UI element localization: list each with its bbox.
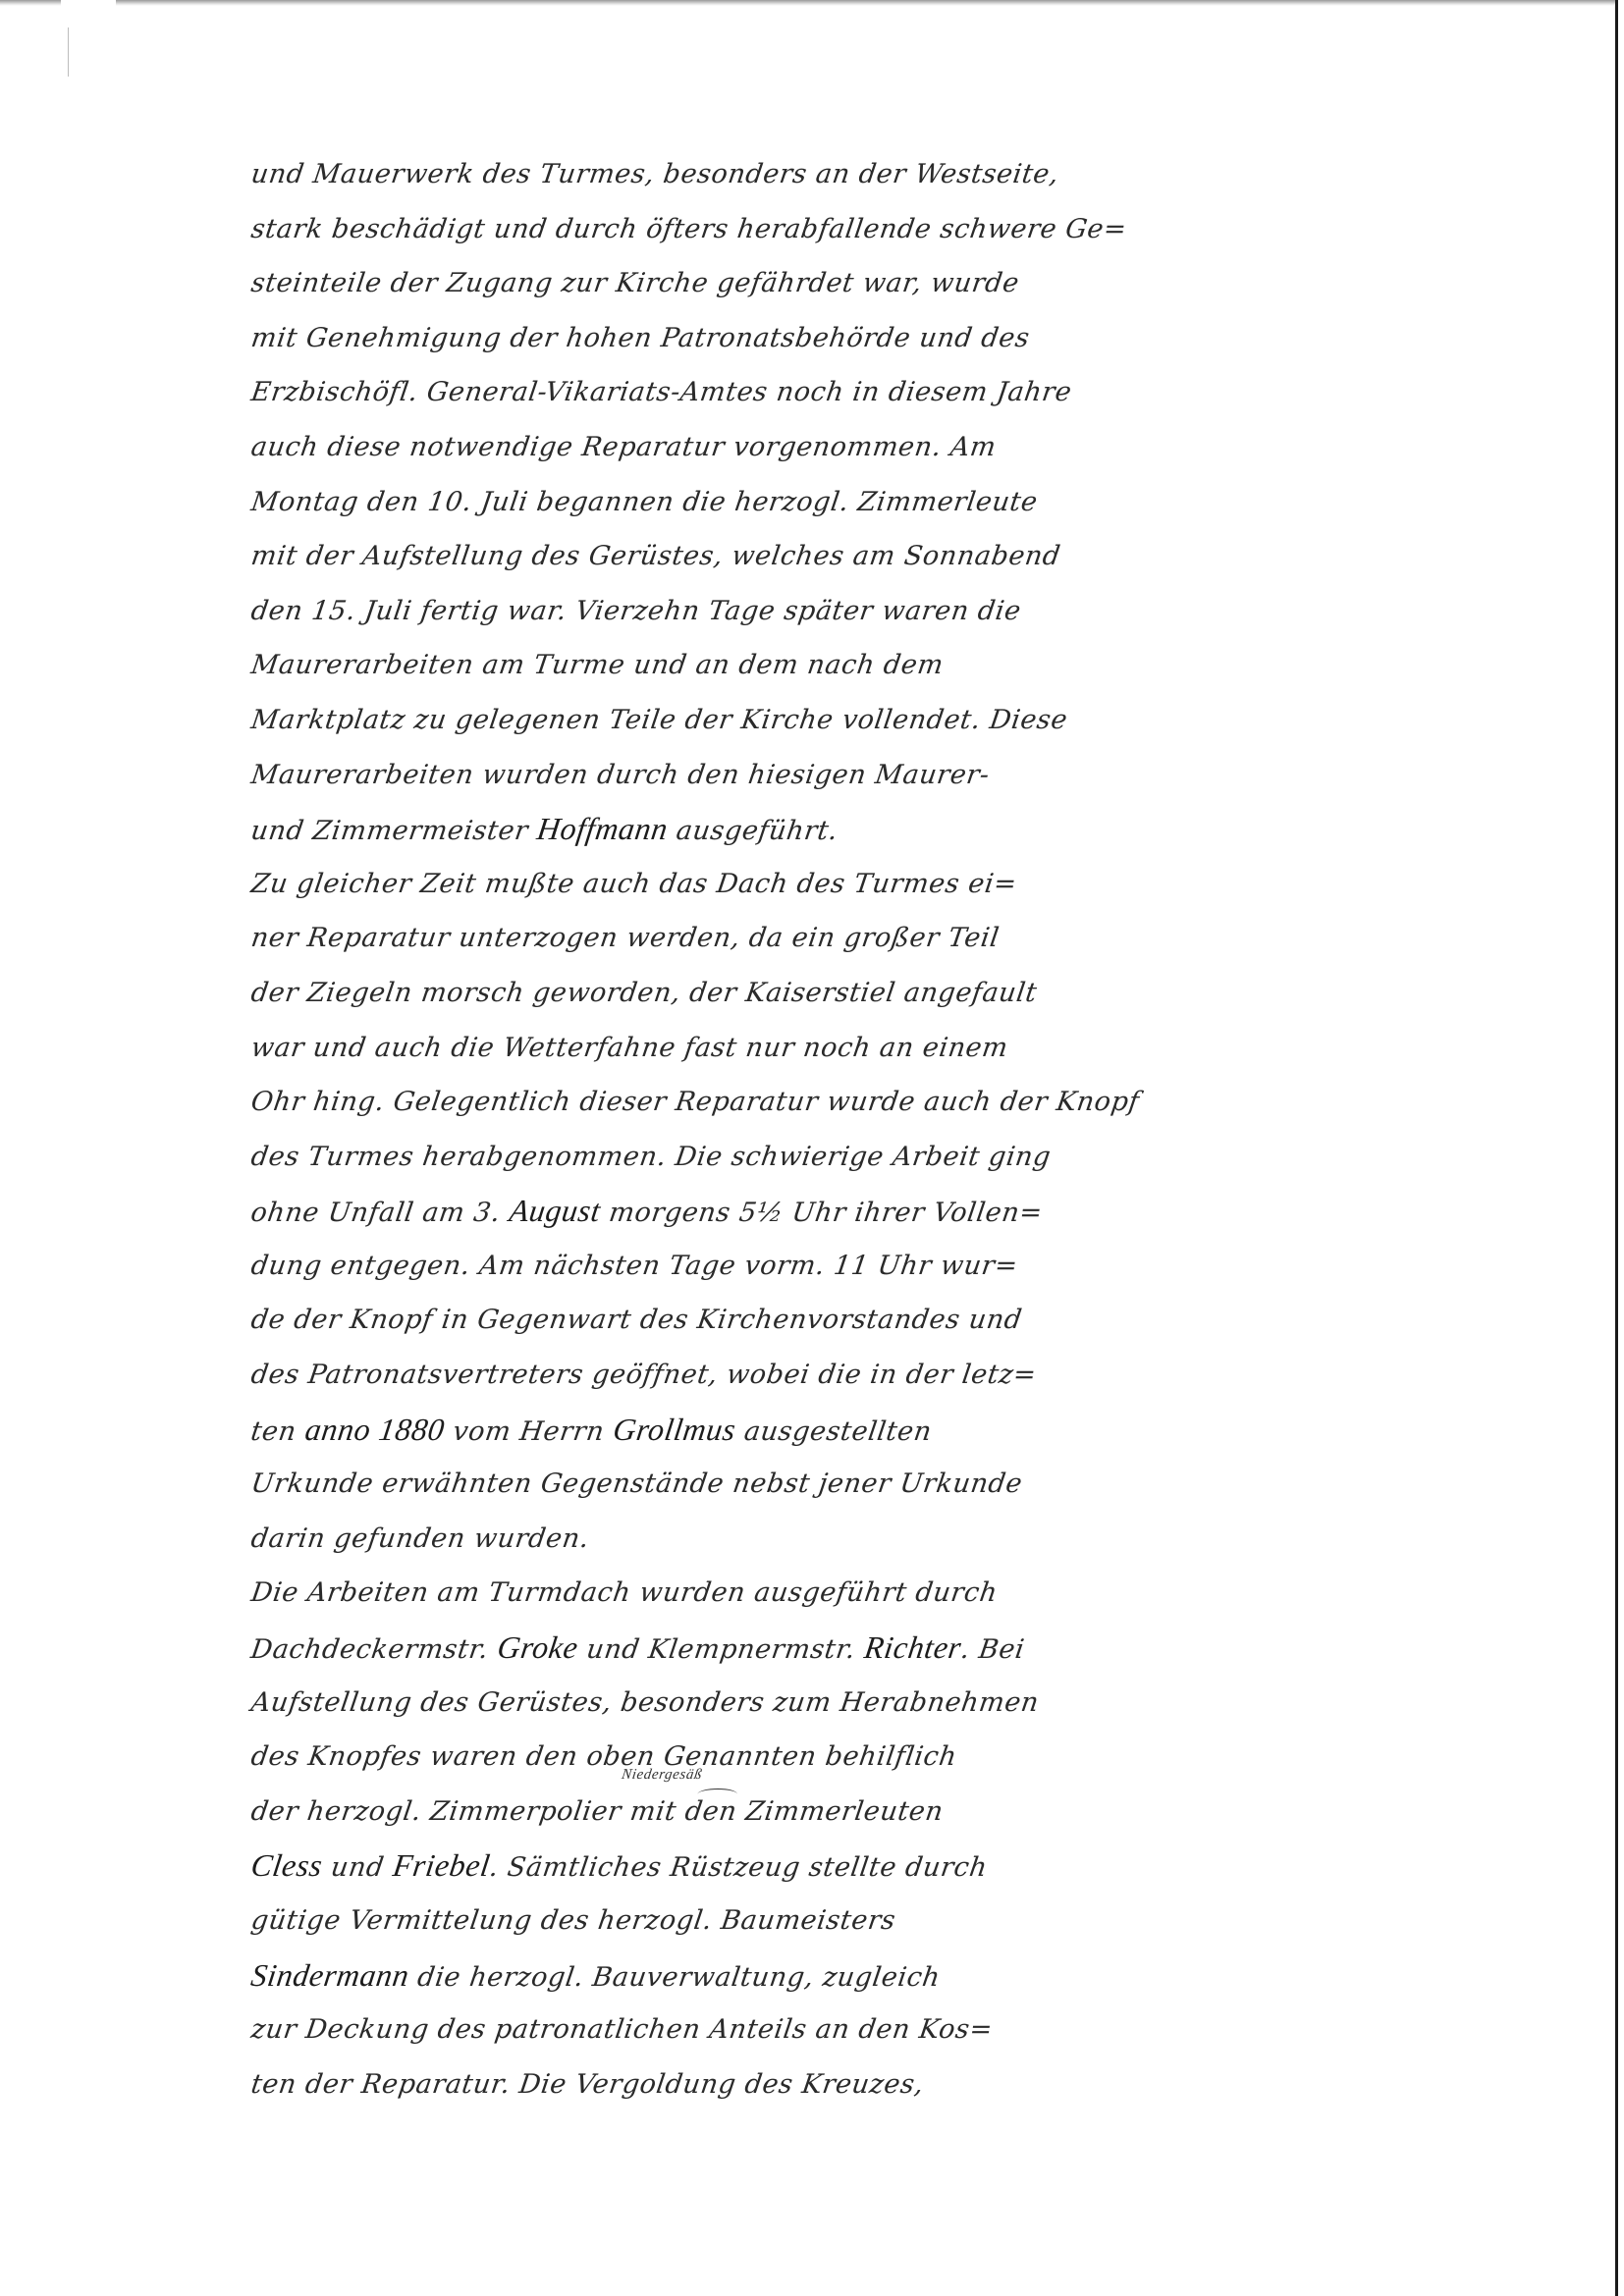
manuscript-line: und Mauerwerk des Turmes, besonders an d… bbox=[247, 147, 1424, 202]
line-text: Ohr hing. Gelegentlich dieser Reparatur … bbox=[249, 1087, 1142, 1117]
manuscript-line: Montag den 10. Juli begannen die herzogl… bbox=[247, 475, 1424, 530]
manuscript-line: den 15. Juli fertig war. Vierzehn Tage s… bbox=[247, 584, 1424, 639]
manuscript-page: und Mauerwerk des Turmes, besonders an d… bbox=[247, 147, 1416, 2111]
manuscript-line: des Patronatsvertreters geöffnet, wobei … bbox=[247, 1348, 1424, 1403]
line-text-continued: morgens 5½ Uhr ihrer Vollen= bbox=[598, 1198, 1045, 1228]
line-text: auch diese notwendige Reparatur vorgenom… bbox=[249, 432, 999, 462]
line-text: war und auch die Wetterfahne fast nur no… bbox=[249, 1033, 1010, 1063]
line-text: de der Knopf in Gegenwart des Kirchenvor… bbox=[249, 1305, 1024, 1335]
line-text: stark beschädigt und durch öfters herabf… bbox=[249, 214, 1129, 244]
manuscript-line: stark beschädigt und durch öfters herabf… bbox=[247, 202, 1424, 257]
manuscript-line: Cless und Friebel. Sämtliches Rüstzeug s… bbox=[247, 1839, 1424, 1894]
manuscript-line: mit Genehmigung der hohen Patronatsbehör… bbox=[247, 311, 1424, 366]
line-text: ohne Unfall am 3. bbox=[248, 1198, 511, 1228]
manuscript-line: der Ziegeln morsch geworden, der Kaisers… bbox=[247, 966, 1424, 1021]
line-text: und Zimmermeister bbox=[248, 816, 539, 846]
line-text: des Knopfes waren den oben Genannten beh… bbox=[249, 1741, 959, 1772]
line-text-continued: vom Herrn bbox=[442, 1416, 616, 1447]
line-text-continued: mit den Zimmerleuten bbox=[628, 1796, 946, 1827]
latin-script-name: Hoffmann bbox=[535, 811, 671, 846]
line-text: der herzogl. Zimmerpolier bbox=[249, 1796, 632, 1827]
manuscript-line: Marktplatz zu gelegenen Teile der Kirche… bbox=[247, 693, 1424, 748]
line-text: Marktplatz zu gelegenen Teile der Kirche… bbox=[249, 705, 1070, 735]
line-text: des Patronatsvertreters geöffnet, wobei … bbox=[249, 1360, 1039, 1390]
line-text: ten der Reparatur. Die Vergoldung des Kr… bbox=[249, 2069, 926, 2100]
line-text-continued: und bbox=[320, 1852, 396, 1883]
latin-script-name: Sindermann bbox=[248, 1957, 411, 1993]
line-text: mit Genehmigung der hohen Patronatsbehör… bbox=[249, 323, 1032, 353]
manuscript-line: Ohr hing. Gelegentlich dieser Reparatur … bbox=[247, 1075, 1424, 1130]
interlinear-insertion: Niedergesäß bbox=[621, 1767, 703, 1783]
manuscript-line: de der Knopf in Gegenwart des Kirchenvor… bbox=[247, 1293, 1424, 1348]
line-text: darin gefunden wurden. bbox=[249, 1523, 591, 1554]
line-text: Erzbischöfl. General-Vikariats-Amtes noc… bbox=[249, 377, 1074, 407]
manuscript-line: auch diese notwendige Reparatur vorgenom… bbox=[247, 420, 1424, 475]
line-text-continued: die herzogl. Bauverwaltung, zugleich bbox=[406, 1962, 943, 1993]
line-text: steinteile der Zugang zur Kirche gefährd… bbox=[249, 268, 1021, 298]
line-text: Aufstellung des Gerüstes, besonders zum … bbox=[249, 1687, 1041, 1718]
latin-script-name: Richter bbox=[862, 1629, 963, 1665]
line-text: Dachdeckermstr. bbox=[248, 1634, 499, 1665]
manuscript-line: ten anno 1880 vom Herrn Grollmus ausgest… bbox=[247, 1403, 1424, 1458]
line-text: und Mauerwerk des Turmes, besonders an d… bbox=[249, 159, 1061, 189]
latin-script-name: Groke bbox=[495, 1629, 580, 1665]
line-text: Maurerarbeiten wurden durch den hiesigen… bbox=[249, 760, 992, 790]
manuscript-line: Maurerarbeiten wurden durch den hiesigen… bbox=[247, 748, 1424, 803]
manuscript-line: ner Reparatur unterzogen werden, da ein … bbox=[247, 911, 1424, 966]
line-text: den 15. Juli fertig war. Vierzehn Tage s… bbox=[249, 596, 1023, 626]
manuscript-line: mit der Aufstellung des Gerüstes, welche… bbox=[247, 529, 1424, 584]
manuscript-line: Sindermann die herzogl. Bauverwaltung, z… bbox=[247, 1949, 1424, 2003]
line-text: zur Deckung des patronatlichen Anteils a… bbox=[249, 2014, 995, 2045]
manuscript-line: Maurerarbeiten am Turme und an dem nach … bbox=[247, 638, 1424, 693]
scan-edge-top bbox=[0, 0, 1624, 6]
manuscript-line: war und auch die Wetterfahne fast nur no… bbox=[247, 1021, 1424, 1076]
margin-mark bbox=[68, 27, 69, 77]
line-text: mit der Aufstellung des Gerüstes, welche… bbox=[249, 541, 1062, 571]
manuscript-line: Die Arbeiten am Turmdach wurden ausgefüh… bbox=[247, 1566, 1424, 1621]
manuscript-line: Dachdeckermstr. Groke und Klempnermstr. … bbox=[247, 1621, 1424, 1676]
manuscript-line: gütige Vermittelung des herzogl. Baumeis… bbox=[247, 1894, 1424, 1949]
line-text-continued: . Sämtliches Rüstzeug stellte durch bbox=[487, 1852, 989, 1883]
insertion-caret bbox=[697, 1789, 738, 1799]
latin-script-name: Friebel bbox=[391, 1847, 492, 1883]
manuscript-line: steinteile der Zugang zur Kirche gefährd… bbox=[247, 256, 1424, 311]
line-text: gütige Vermittelung des herzogl. Baumeis… bbox=[249, 1905, 897, 1936]
manuscript-line: Zu gleicher Zeit mußte auch das Dach des… bbox=[247, 857, 1424, 912]
manuscript-line: darin gefunden wurden. bbox=[247, 1512, 1424, 1567]
line-text: des Turmes herabgenommen. Die schwierige… bbox=[249, 1142, 1054, 1172]
manuscript-line: Aufstellung des Gerüstes, besonders zum … bbox=[247, 1676, 1424, 1731]
manuscript-line: des Knopfes waren den oben Genannten beh… bbox=[247, 1730, 1424, 1785]
manuscript-line: und Zimmermeister Hoffmann ausgeführt. bbox=[247, 802, 1424, 857]
latin-script-name: Grollmus bbox=[611, 1412, 738, 1447]
scan-margin-right bbox=[1618, 0, 1624, 2296]
line-text-continued: ausgeführt. bbox=[666, 816, 840, 846]
manuscript-line: Urkunde erwähnten Gegenstände nebst jene… bbox=[247, 1457, 1424, 1512]
line-text-continued: . Bei bbox=[959, 1634, 1027, 1665]
manuscript-line: Erzbischöfl. General-Vikariats-Amtes noc… bbox=[247, 365, 1424, 420]
line-text-continued: ausgestellten bbox=[733, 1416, 934, 1447]
manuscript-line: dung entgegen. Am nächsten Tage vorm. 11… bbox=[247, 1239, 1424, 1294]
latin-script-name: Cless bbox=[248, 1847, 324, 1883]
line-text: Die Arbeiten am Turmdach wurden ausgefüh… bbox=[249, 1577, 1000, 1608]
line-text: dung entgegen. Am nächsten Tage vorm. 11… bbox=[249, 1251, 1020, 1281]
line-text: Zu gleicher Zeit mußte auch das Dach des… bbox=[249, 869, 1019, 899]
line-text: der Ziegeln morsch geworden, der Kaisers… bbox=[249, 978, 1039, 1008]
latin-script-name: August bbox=[508, 1193, 604, 1228]
manuscript-line: ohne Unfall am 3. August morgens 5½ Uhr … bbox=[247, 1184, 1424, 1239]
line-text: Maurerarbeiten am Turme und an dem nach … bbox=[249, 650, 946, 680]
manuscript-line: zur Deckung des patronatlichen Anteils a… bbox=[247, 2002, 1424, 2057]
manuscript-line: ten der Reparatur. Die Vergoldung des Kr… bbox=[247, 2057, 1424, 2112]
line-text: ner Reparatur unterzogen werden, da ein … bbox=[249, 923, 1001, 953]
latin-script-name: anno 1880 bbox=[303, 1412, 447, 1447]
line-text: Urkunde erwähnten Gegenstände nebst jene… bbox=[249, 1468, 1025, 1499]
line-text: Montag den 10. Juli begannen die herzogl… bbox=[249, 487, 1040, 517]
line-text: ten bbox=[248, 1416, 307, 1447]
line-text-continued: und Klempnermstr. bbox=[575, 1634, 866, 1665]
manuscript-line: der herzogl. Zimmerpolier Niedergesäß mi… bbox=[247, 1785, 1424, 1840]
manuscript-line: des Turmes herabgenommen. Die schwierige… bbox=[247, 1130, 1424, 1185]
